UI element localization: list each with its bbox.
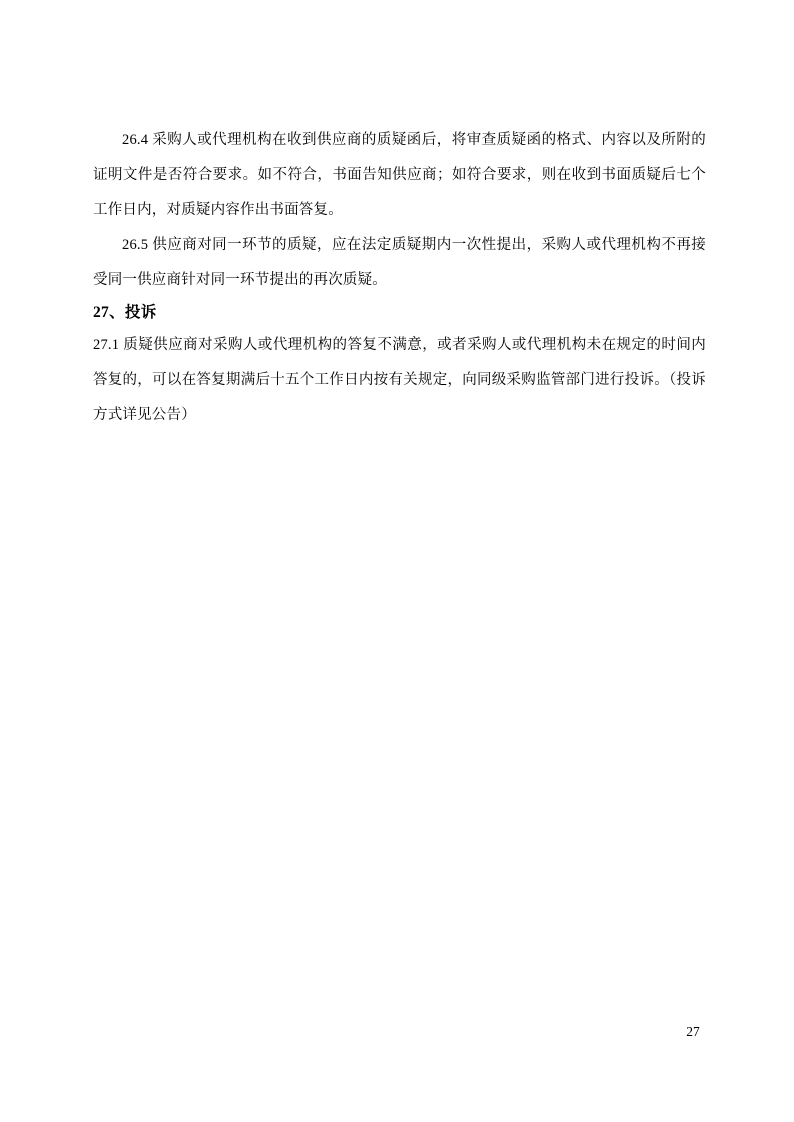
document-content: 26.4 采购人或代理机构在收到供应商的质疑函后，将审查质疑函的格式、内容以及所… xyxy=(93,123,706,433)
paragraph-27-1: 27.1 质疑供应商对采购人或代理机构的答复不满意，或者采购人或代理机构未在规定… xyxy=(93,328,706,433)
paragraph-26-5: 26.5 供应商对同一环节的质疑，应在法定质疑期内一次性提出，采购人或代理机构不… xyxy=(93,228,706,298)
section-heading-27: 27、投诉 xyxy=(93,298,706,328)
page-number: 27 xyxy=(680,1023,706,1041)
paragraph-26-4: 26.4 采购人或代理机构在收到供应商的质疑函后，将审查质疑函的格式、内容以及所… xyxy=(93,123,706,228)
document-page: 26.4 采购人或代理机构在收到供应商的质疑函后，将审查质疑函的格式、内容以及所… xyxy=(0,0,794,1122)
